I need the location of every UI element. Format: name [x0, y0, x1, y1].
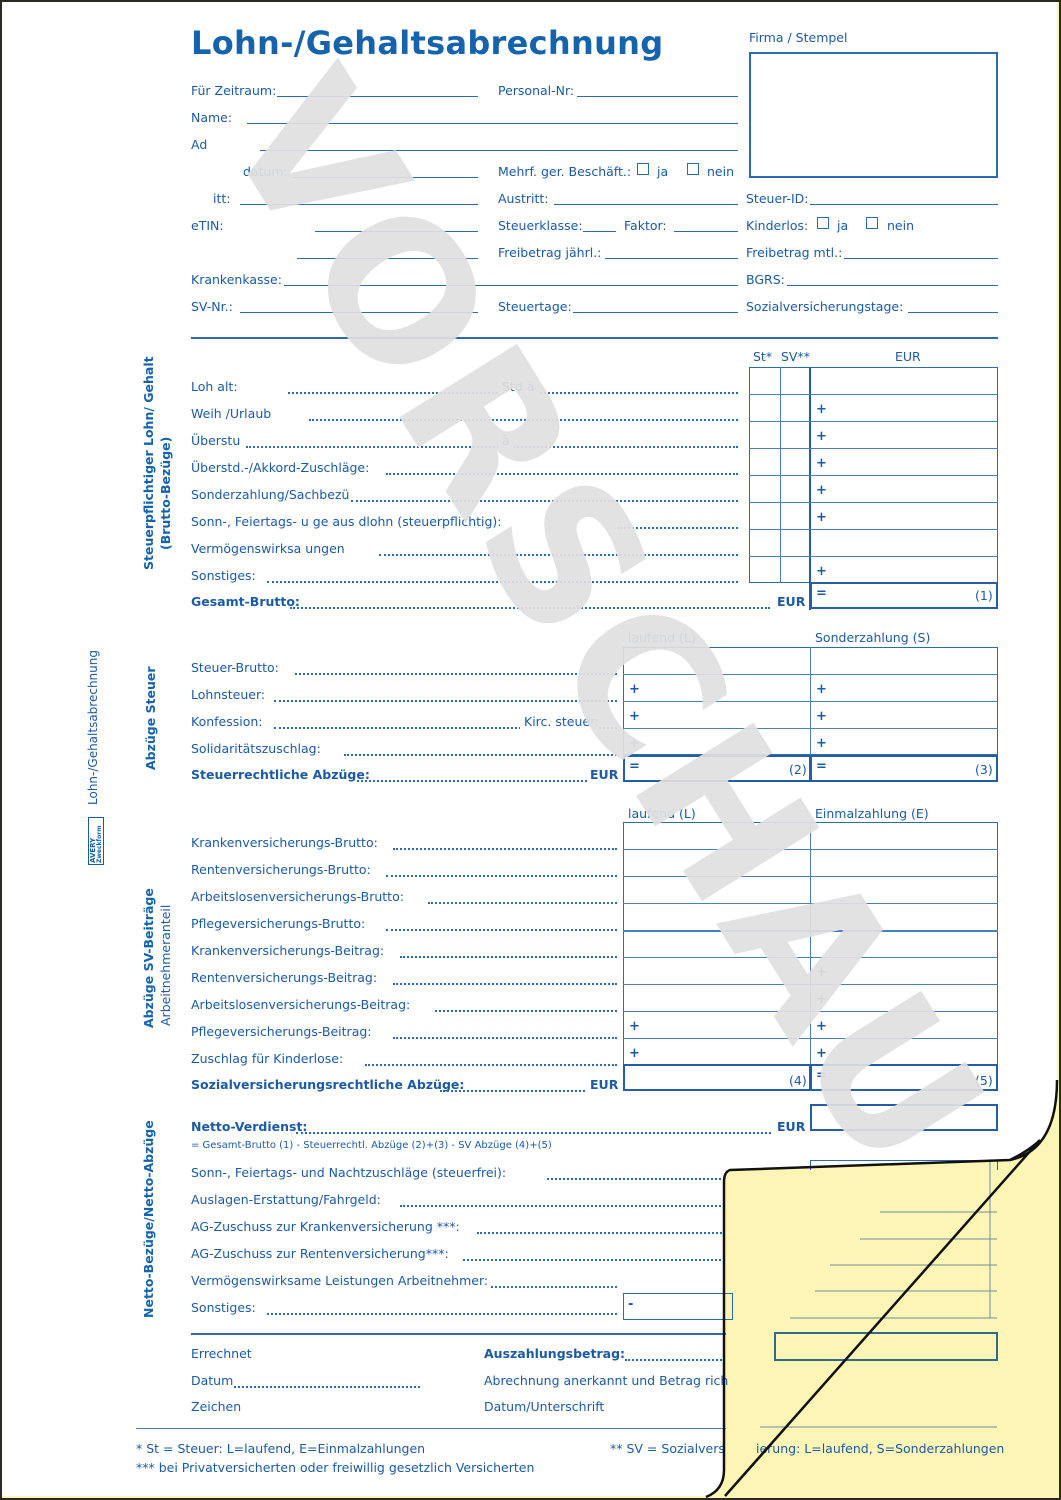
st-cell[interactable]: [752, 504, 778, 527]
mehrf-nein-label: nein: [707, 165, 734, 179]
netto-row-dots: [463, 1259, 725, 1261]
st-cell[interactable]: [752, 369, 778, 392]
sv-e-cell[interactable]: [812, 959, 996, 982]
sv-row-label: Pflegeversicherungs-Beitrag:: [191, 1025, 372, 1039]
label-freibetrag-monat: Freibetrag mtl.:: [746, 246, 842, 260]
sv-row-dots: [365, 1064, 617, 1066]
gesamt-brutto-label: Gesamt-Brutto:: [191, 595, 300, 609]
sv-row-dots: [386, 875, 617, 877]
sv-row-line: [623, 957, 998, 958]
kinderlos-nein-label: nein: [887, 219, 914, 233]
plus-sign: +: [816, 1046, 827, 1061]
sv-row-line: [623, 984, 998, 985]
stamp-box[interactable]: [749, 52, 998, 178]
sv-l-cell[interactable]: [625, 851, 809, 874]
mehrf-ja-checkbox[interactable]: [637, 163, 649, 175]
label-adresse: Ad: [191, 138, 207, 152]
konfession-field[interactable]: [297, 258, 478, 259]
eintritt-field[interactable]: [240, 204, 478, 205]
steuer-l-cell[interactable]: [625, 730, 809, 753]
brutto-row-label: Überstu: [191, 434, 240, 448]
plus-sign: +: [816, 456, 827, 471]
plus-sign: +: [816, 965, 827, 980]
sv-l-cell[interactable]: [625, 1040, 809, 1063]
label-personal-nr: Personal-Nr:: [498, 84, 574, 98]
eur-cell[interactable]: [812, 558, 996, 581]
plus-sign: +: [816, 429, 827, 444]
steuerklasse-field[interactable]: [583, 231, 616, 232]
netto-row-label: AG-Zuschuss zur Krankenversicherung ***:: [191, 1220, 460, 1234]
sv-total-l-box[interactable]: [623, 1064, 811, 1091]
sv-total-e-box[interactable]: [810, 1064, 998, 1091]
brutto-row-extra: Std à: [498, 380, 538, 394]
freibetrag-jahr-field[interactable]: [605, 258, 738, 259]
sv-e-cell[interactable]: [812, 851, 996, 874]
sv-e-cell[interactable]: [812, 986, 996, 1009]
label-mehrf: Mehrf. ger. Beschäft.:: [498, 165, 631, 179]
label-steuer-id: Steuer-ID:: [746, 192, 809, 206]
zeitraum-field[interactable]: [277, 96, 478, 97]
plus-sign: +: [816, 510, 827, 525]
netto-row-label: Vermögenswirksame Leistungen Arbeitnehme…: [191, 1274, 488, 1288]
steuer-equals-l: =: [629, 759, 640, 774]
sv-eur-divider: [809, 367, 811, 610]
datum-field[interactable]: [234, 1386, 420, 1388]
eur-cell[interactable]: [812, 423, 996, 446]
steuer-s-cell[interactable]: [812, 649, 996, 672]
brutto-row-dots: [267, 581, 738, 583]
st-cell[interactable]: [752, 558, 778, 581]
steuer-total-label: Steuerrechtliche Abzüge:: [191, 768, 370, 782]
sv-tage-field[interactable]: [908, 312, 998, 313]
sv-row-label: Zuschlag für Kinderlose:: [191, 1052, 343, 1066]
brutto-row-dots: [309, 419, 738, 421]
ref-2: (2): [789, 763, 807, 777]
steuer-l-cell[interactable]: [625, 703, 809, 726]
col-st: St*: [753, 350, 772, 364]
sv-l-cell[interactable]: [625, 905, 809, 928]
brutto-row-line: [749, 448, 998, 449]
label-sv-tage: Sozialversicherungstage:: [746, 300, 903, 314]
kinderlos-nein-checkbox[interactable]: [866, 217, 878, 229]
plus-sign: +: [816, 736, 827, 751]
sv-row-label: Krankenversicherungs-Brutto:: [191, 836, 378, 850]
section-divider: [191, 337, 998, 339]
sv-row-label: Krankenversicherungs-Beitrag:: [191, 944, 384, 958]
sv-l-cell[interactable]: [625, 878, 809, 901]
brutto-row-label: Weih /Urlaub: [191, 407, 271, 421]
footnote-sv-a: ** SV = Sozialvers: [610, 1442, 725, 1456]
steuer-total-s-box[interactable]: [810, 755, 998, 782]
sv-nr-field[interactable]: [240, 312, 478, 313]
steuer-l-cell[interactable]: [625, 649, 809, 672]
sv-cell[interactable]: [782, 477, 808, 500]
brutto-row-label: Sonderzahlung/Sachbezü: [191, 488, 349, 502]
geburtsdatum-field[interactable]: [293, 177, 478, 178]
netto-formula: = Gesamt-Brutto (1) - Steuerrechtl. Abzü…: [191, 1139, 552, 1153]
plus-sign: +: [629, 1019, 640, 1034]
netto-row-label: Sonstiges:: [191, 1301, 256, 1315]
sv-total-dots: [440, 1090, 585, 1092]
label-krankenkasse: Krankenkasse:: [191, 273, 282, 287]
steuer-row-line: [623, 728, 998, 729]
netto-row-dots: [400, 1205, 725, 1207]
brutto-section-label-1: Steuerpflichtiger Lohn/ Gehalt: [141, 356, 156, 570]
label-freibetrag-jahr: Freibetrag jährl.:: [498, 246, 601, 260]
sv-section-label-2: Arbeitnehmeranteil: [158, 905, 173, 1026]
steuer-row-extra: Kirc. steuer:: [520, 715, 599, 729]
sv-l-cell[interactable]: [625, 1013, 809, 1036]
sv-e-cell[interactable]: [812, 824, 996, 847]
brand-logo: AVERY Zweckform: [88, 817, 104, 865]
netto-row-dots: [477, 1232, 725, 1234]
steuer-id-field[interactable]: [810, 204, 998, 205]
sv-total-unit: EUR: [590, 1078, 618, 1092]
brand-sub: Zweckform: [96, 826, 103, 863]
brutto-row-line: [749, 394, 998, 395]
ref-3: (3): [975, 763, 993, 777]
auszahlung-dots: [625, 1359, 725, 1361]
spine-title: Lohn-/Gehaltsabrechnung: [86, 650, 100, 805]
col-eur: EUR: [895, 350, 921, 364]
sv-e-cell[interactable]: [812, 932, 996, 955]
brutto-row-dots: [351, 500, 738, 502]
sv-row-line: [623, 1038, 998, 1039]
steuer-row-label: Lohnsteuer:: [191, 688, 265, 702]
brutto-row-dots: [246, 446, 738, 448]
plus-sign: +: [816, 564, 827, 579]
netto-sonstiges-box[interactable]: [623, 1293, 733, 1320]
sv-l-cell[interactable]: [625, 932, 809, 955]
label-zeitraum: Für Zeitraum:: [191, 84, 276, 98]
plus-sign: +: [816, 1019, 827, 1034]
sv-row-dots: [393, 983, 617, 985]
st-cell[interactable]: [752, 477, 778, 500]
sv-row-label: Arbeitslosenversicherungs-Beitrag:: [191, 998, 410, 1012]
footnote-priv: *** bei Privatversicherten oder freiwill…: [136, 1461, 534, 1475]
eur-cell[interactable]: [812, 504, 996, 527]
sv-section-label-1: Abzüge SV-Beiträge: [141, 888, 156, 1028]
sv-equals-e: =: [816, 1068, 827, 1083]
steuer-row-label: Steuer-Brutto:: [191, 661, 279, 675]
label-kinderlos: Kinderlos:: [746, 219, 808, 233]
st-cell[interactable]: [752, 396, 778, 419]
footnote-st: * St = Steuer: L=laufend, E=Einmalzahlun…: [136, 1442, 425, 1456]
brutto-row-line: [749, 556, 998, 557]
label-sv-nr: SV-Nr.:: [191, 300, 233, 314]
sv-e-cell[interactable]: [812, 878, 996, 901]
sv-total-label: Sozialversicherungsrechtliche Abzüge:: [191, 1078, 464, 1092]
ref-4: (4): [789, 1074, 807, 1088]
minus-sign: -: [628, 1297, 633, 1312]
sv-l-cell[interactable]: [625, 959, 809, 982]
steuer-row-line: [623, 674, 998, 675]
ref-1: (1): [975, 589, 993, 603]
brutto-row-line: [749, 421, 998, 422]
label-austritt: Austritt:: [498, 192, 549, 206]
gesamt-brutto-box[interactable]: [810, 582, 998, 609]
label-name: Name:: [191, 111, 232, 125]
brutto-section-label-2: (Brutto-Bezüge): [158, 437, 173, 550]
netto-row-label: AG-Zuschuss zur Rentenversicherung***:: [191, 1247, 449, 1261]
plus-sign: +: [816, 682, 827, 697]
eur-cell[interactable]: [812, 477, 996, 500]
steuer-equals-s: =: [816, 759, 827, 774]
form-title: Lohn-/Gehaltsabrechnung: [191, 24, 663, 62]
sv-row-line: [623, 903, 998, 904]
gesamt-brutto-dots: [290, 607, 770, 609]
netto-row-label: Auslagen-Erstattung/Fahrgeld:: [191, 1193, 381, 1207]
plus-sign: +: [816, 483, 827, 498]
plus-sign: +: [629, 709, 640, 724]
sv-col-divider: [810, 822, 811, 1065]
plus-sign: +: [629, 1046, 640, 1061]
steuer-s-cell[interactable]: [812, 676, 996, 699]
netto-verdienst-dots: [296, 1132, 771, 1134]
brutto-row-dots: [379, 554, 738, 556]
sv-e-cell[interactable]: [812, 1013, 996, 1036]
eur-cell[interactable]: [812, 450, 996, 473]
steuertage-field[interactable]: [573, 312, 738, 313]
plus-sign: +: [816, 992, 827, 1007]
sv-cell[interactable]: [782, 531, 808, 554]
sv-cell[interactable]: [782, 369, 808, 392]
steuer-row-dots: [344, 754, 617, 756]
krankenkasse-field[interactable]: [284, 285, 738, 286]
steuer-col-l: laufend (L): [628, 631, 696, 645]
footnote-sv-b: ierung: L=laufend, S=Sonderzahlungen: [756, 1442, 1004, 1456]
sv-row-label: Arbeitslosenversicherungs-Brutto:: [191, 890, 404, 904]
steuer-row-label: Konfession:: [191, 715, 263, 729]
st-cell[interactable]: [752, 531, 778, 554]
st-cell[interactable]: [752, 423, 778, 446]
plus-sign: +: [816, 402, 827, 417]
sv-row-label: Rentenversicherungs-Brutto:: [191, 863, 371, 877]
sv-row-dots: [386, 929, 617, 931]
plus-sign: +: [629, 736, 640, 751]
steuer-total-dots: [357, 780, 587, 782]
auszahlung-label: Auszahlungsbetrag:: [484, 1347, 625, 1361]
steuer-section-label: Abzüge Steuer: [143, 666, 158, 770]
sv-row-label: Pflegeversicherungs-Brutto:: [191, 917, 365, 931]
sv-cell[interactable]: [782, 396, 808, 419]
steuer-s-cell[interactable]: [812, 703, 996, 726]
mehrf-nein-checkbox[interactable]: [687, 163, 699, 175]
steuer-col-s: Sonderzahlung (S): [815, 631, 930, 645]
steuer-total-unit: EUR: [590, 768, 618, 782]
freibetrag-monat-field[interactable]: [844, 258, 998, 259]
bgrs-field[interactable]: [787, 285, 998, 286]
sv-row-dots: [400, 956, 617, 958]
steuer-total-l-box[interactable]: [623, 755, 811, 782]
brutto-row-dots: [617, 527, 738, 529]
sv-row-line: [623, 849, 998, 850]
steuer-row-label: Solidaritätszuschlag:: [191, 742, 321, 756]
label-steuertage: Steuertage:: [498, 300, 572, 314]
sv-cell[interactable]: [782, 423, 808, 446]
netto-verdienst-label: Netto-Verdienst:: [191, 1120, 307, 1134]
etin-field[interactable]: [315, 231, 478, 232]
netto-row-dots: [547, 1178, 725, 1180]
label-bgrs: BGRS:: [746, 273, 785, 287]
brutto-row-label: Vermögenswirksa ungen: [191, 542, 345, 556]
brutto-row-label: Loh alt:: [191, 380, 238, 394]
mehrf-ja-label: ja: [657, 165, 668, 179]
stamp-label: Firma / Stempel: [749, 31, 847, 45]
sv-row-line: [623, 876, 998, 877]
netto-box-top[interactable]: [810, 1160, 998, 1170]
gesamt-brutto-equals: =: [816, 586, 827, 601]
sv-cell[interactable]: [782, 504, 808, 527]
kinderlos-ja-checkbox[interactable]: [817, 217, 829, 229]
brutto-row-label: Sonn-, Feiertags- u ge aus dlohn (steuer…: [191, 515, 502, 529]
netto-verdienst-unit: EUR: [777, 1120, 805, 1134]
brutto-row-line: [749, 502, 998, 503]
label-geburtsdatum: datum:: [243, 165, 288, 179]
sv-cell[interactable]: [782, 450, 808, 473]
sv-cell[interactable]: [782, 558, 808, 581]
austritt-field[interactable]: [554, 204, 738, 205]
netto-row-label: Sonn-, Feiertags- und Nachtzuschläge (st…: [191, 1166, 506, 1180]
sv-row-line: [623, 1011, 998, 1012]
sv-col-l: laufend (L): [628, 807, 696, 821]
sv-e-cell[interactable]: [812, 905, 996, 928]
netto-section-label: Netto-Bezüge/Netto-Abzüge: [141, 1120, 156, 1318]
datum-label: Datum: [191, 1374, 233, 1388]
ref-5: (5): [975, 1074, 993, 1088]
sv-l-cell[interactable]: [625, 986, 809, 1009]
brutto-row-line: [749, 529, 998, 530]
brutto-row-label: Überstd.-/Akkord-Zuschläge:: [191, 461, 369, 475]
steuer-row-dots: [274, 700, 617, 702]
brutto-row-dots: [386, 473, 738, 475]
brutto-row-extra: à: [498, 434, 514, 448]
steuer-row-line: [623, 701, 998, 702]
kinderlos-ja-label: ja: [837, 219, 848, 233]
eur-cell[interactable]: [812, 531, 996, 554]
personal-nr-field[interactable]: [577, 96, 738, 97]
label-faktor: Faktor:: [624, 219, 667, 233]
steuer-l-cell[interactable]: [625, 676, 809, 699]
errechnet-label: Errechnet: [191, 1347, 252, 1361]
eur-cell[interactable]: [812, 369, 996, 392]
zeichen-label: Zeichen: [191, 1400, 241, 1414]
eur-cell[interactable]: [812, 396, 996, 419]
gesamt-brutto-unit: EUR: [777, 595, 805, 609]
sv-l-cell[interactable]: [625, 824, 809, 847]
label-etin: eTIN:: [191, 219, 224, 233]
plus-sign: +: [629, 682, 640, 697]
steuer-row-dots: [295, 673, 617, 675]
netto-divider: [191, 1333, 726, 1335]
brutto-row-line: [749, 475, 998, 476]
sv-row-dots: [428, 902, 617, 904]
plus-sign: +: [816, 709, 827, 724]
faktor-field[interactable]: [674, 231, 738, 232]
netto-row-dots: [267, 1313, 617, 1315]
label-steuerklasse: Steuerklasse:: [498, 219, 583, 233]
footer-divider: [136, 1428, 726, 1429]
anerkannt-label: Abrechnung anerkannt und Betrag rich: [484, 1374, 728, 1388]
steuer-s-cell[interactable]: [812, 730, 996, 753]
st-cell[interactable]: [752, 450, 778, 473]
label-eintritt: itt:: [213, 192, 231, 206]
sv-e-cell[interactable]: [812, 1040, 996, 1063]
netto-verdienst-box[interactable]: [810, 1104, 998, 1131]
sv-row-dots: [393, 1037, 617, 1039]
unterschrift-label: Datum/Unterschrift: [484, 1400, 604, 1414]
brutto-row-label: Sonstiges:: [191, 569, 256, 583]
sv-col-e: Einmalzahlung (E): [815, 807, 929, 821]
sv-row-label: Rentenversicherungs-Beitrag:: [191, 971, 377, 985]
sv-row-dots: [393, 848, 617, 850]
sv-row-dots: [435, 1010, 617, 1012]
netto-row-dots: [491, 1286, 617, 1288]
col-sv: SV**: [781, 350, 810, 364]
name-field[interactable]: [247, 123, 738, 124]
adresse-field[interactable]: [260, 150, 738, 151]
